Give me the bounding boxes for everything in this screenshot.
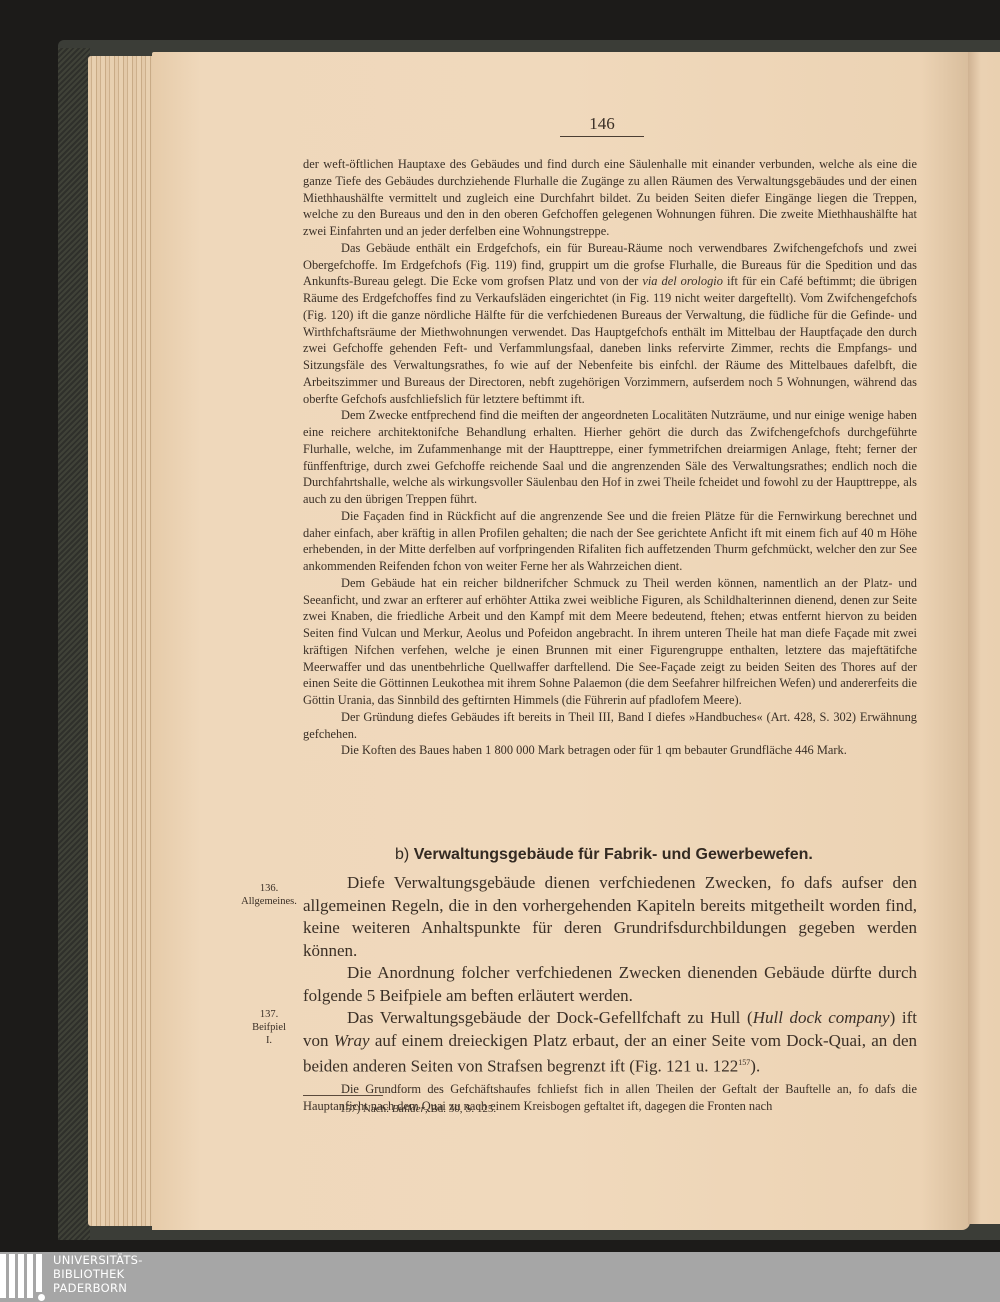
library-logo-icon	[0, 1254, 42, 1300]
paragraph: Die Anordnung folcher verfchiedenen Zwec…	[303, 962, 917, 1007]
footnote: 157) Nach: Builder, Bd. 30, S. 125.	[340, 1103, 496, 1115]
margin-note-number: 137.	[238, 1008, 300, 1021]
library-logo-text: UNIVERSITÄTS- BIBLIOTHEK PADERBORN	[53, 1253, 143, 1295]
margin-note-label: Allgemeines.	[238, 895, 300, 908]
footnote-rule	[303, 1095, 383, 1096]
footnote-mark: 157)	[340, 1103, 360, 1115]
margin-note-label: Beifpiel	[238, 1021, 300, 1034]
paragraph: Die Koften des Baues haben 1 800 000 Mar…	[303, 742, 917, 759]
margin-note-sub: I.	[238, 1034, 300, 1047]
paragraph: Dem Zwecke entfprechend find die meiften…	[303, 407, 917, 508]
section-heading: b) Verwaltungsgebäude für Fabrik- und Ge…	[395, 846, 813, 864]
section-prefix: b)	[395, 846, 409, 863]
margin-note-136: 136. Allgemeines.	[238, 882, 300, 908]
margin-note-137: 137. Beifpiel I.	[238, 1008, 300, 1047]
next-page-edge	[968, 52, 1000, 1224]
book-cover-edge	[58, 48, 90, 1240]
paragraph: Diefe Verwaltungsgebäude dienen verfchie…	[303, 872, 917, 962]
library-banner	[0, 1252, 1000, 1302]
paragraph-hull: Das Verwaltungsgebäude der Dock-Gefellfc…	[303, 1007, 917, 1078]
section-title: Verwaltungsgebäude für Fabrik- und Gewer…	[414, 846, 813, 863]
page-number: 146	[560, 114, 644, 137]
page-stack-edges	[88, 56, 158, 1226]
paragraph: Das Gebäude enthält ein Erdgefchofs, ein…	[303, 240, 917, 408]
paragraph: Dem Gebäude hat ein reicher bildnerifche…	[303, 575, 917, 709]
paragraph: Die Façaden find in Rückficht auf die an…	[303, 508, 917, 575]
paragraph: der weft-öftlichen Hauptaxe des Gebäudes…	[303, 156, 917, 240]
margin-note-number: 136.	[238, 882, 300, 895]
body-text-top: der weft-öftlichen Hauptaxe des Gebäudes…	[303, 156, 917, 759]
body-text-large: Diefe Verwaltungsgebäude dienen verfchie…	[303, 872, 917, 1115]
paragraph: Der Gründung diefes Gebäudes ift bereits…	[303, 709, 917, 743]
library-logo-dot	[38, 1294, 45, 1301]
